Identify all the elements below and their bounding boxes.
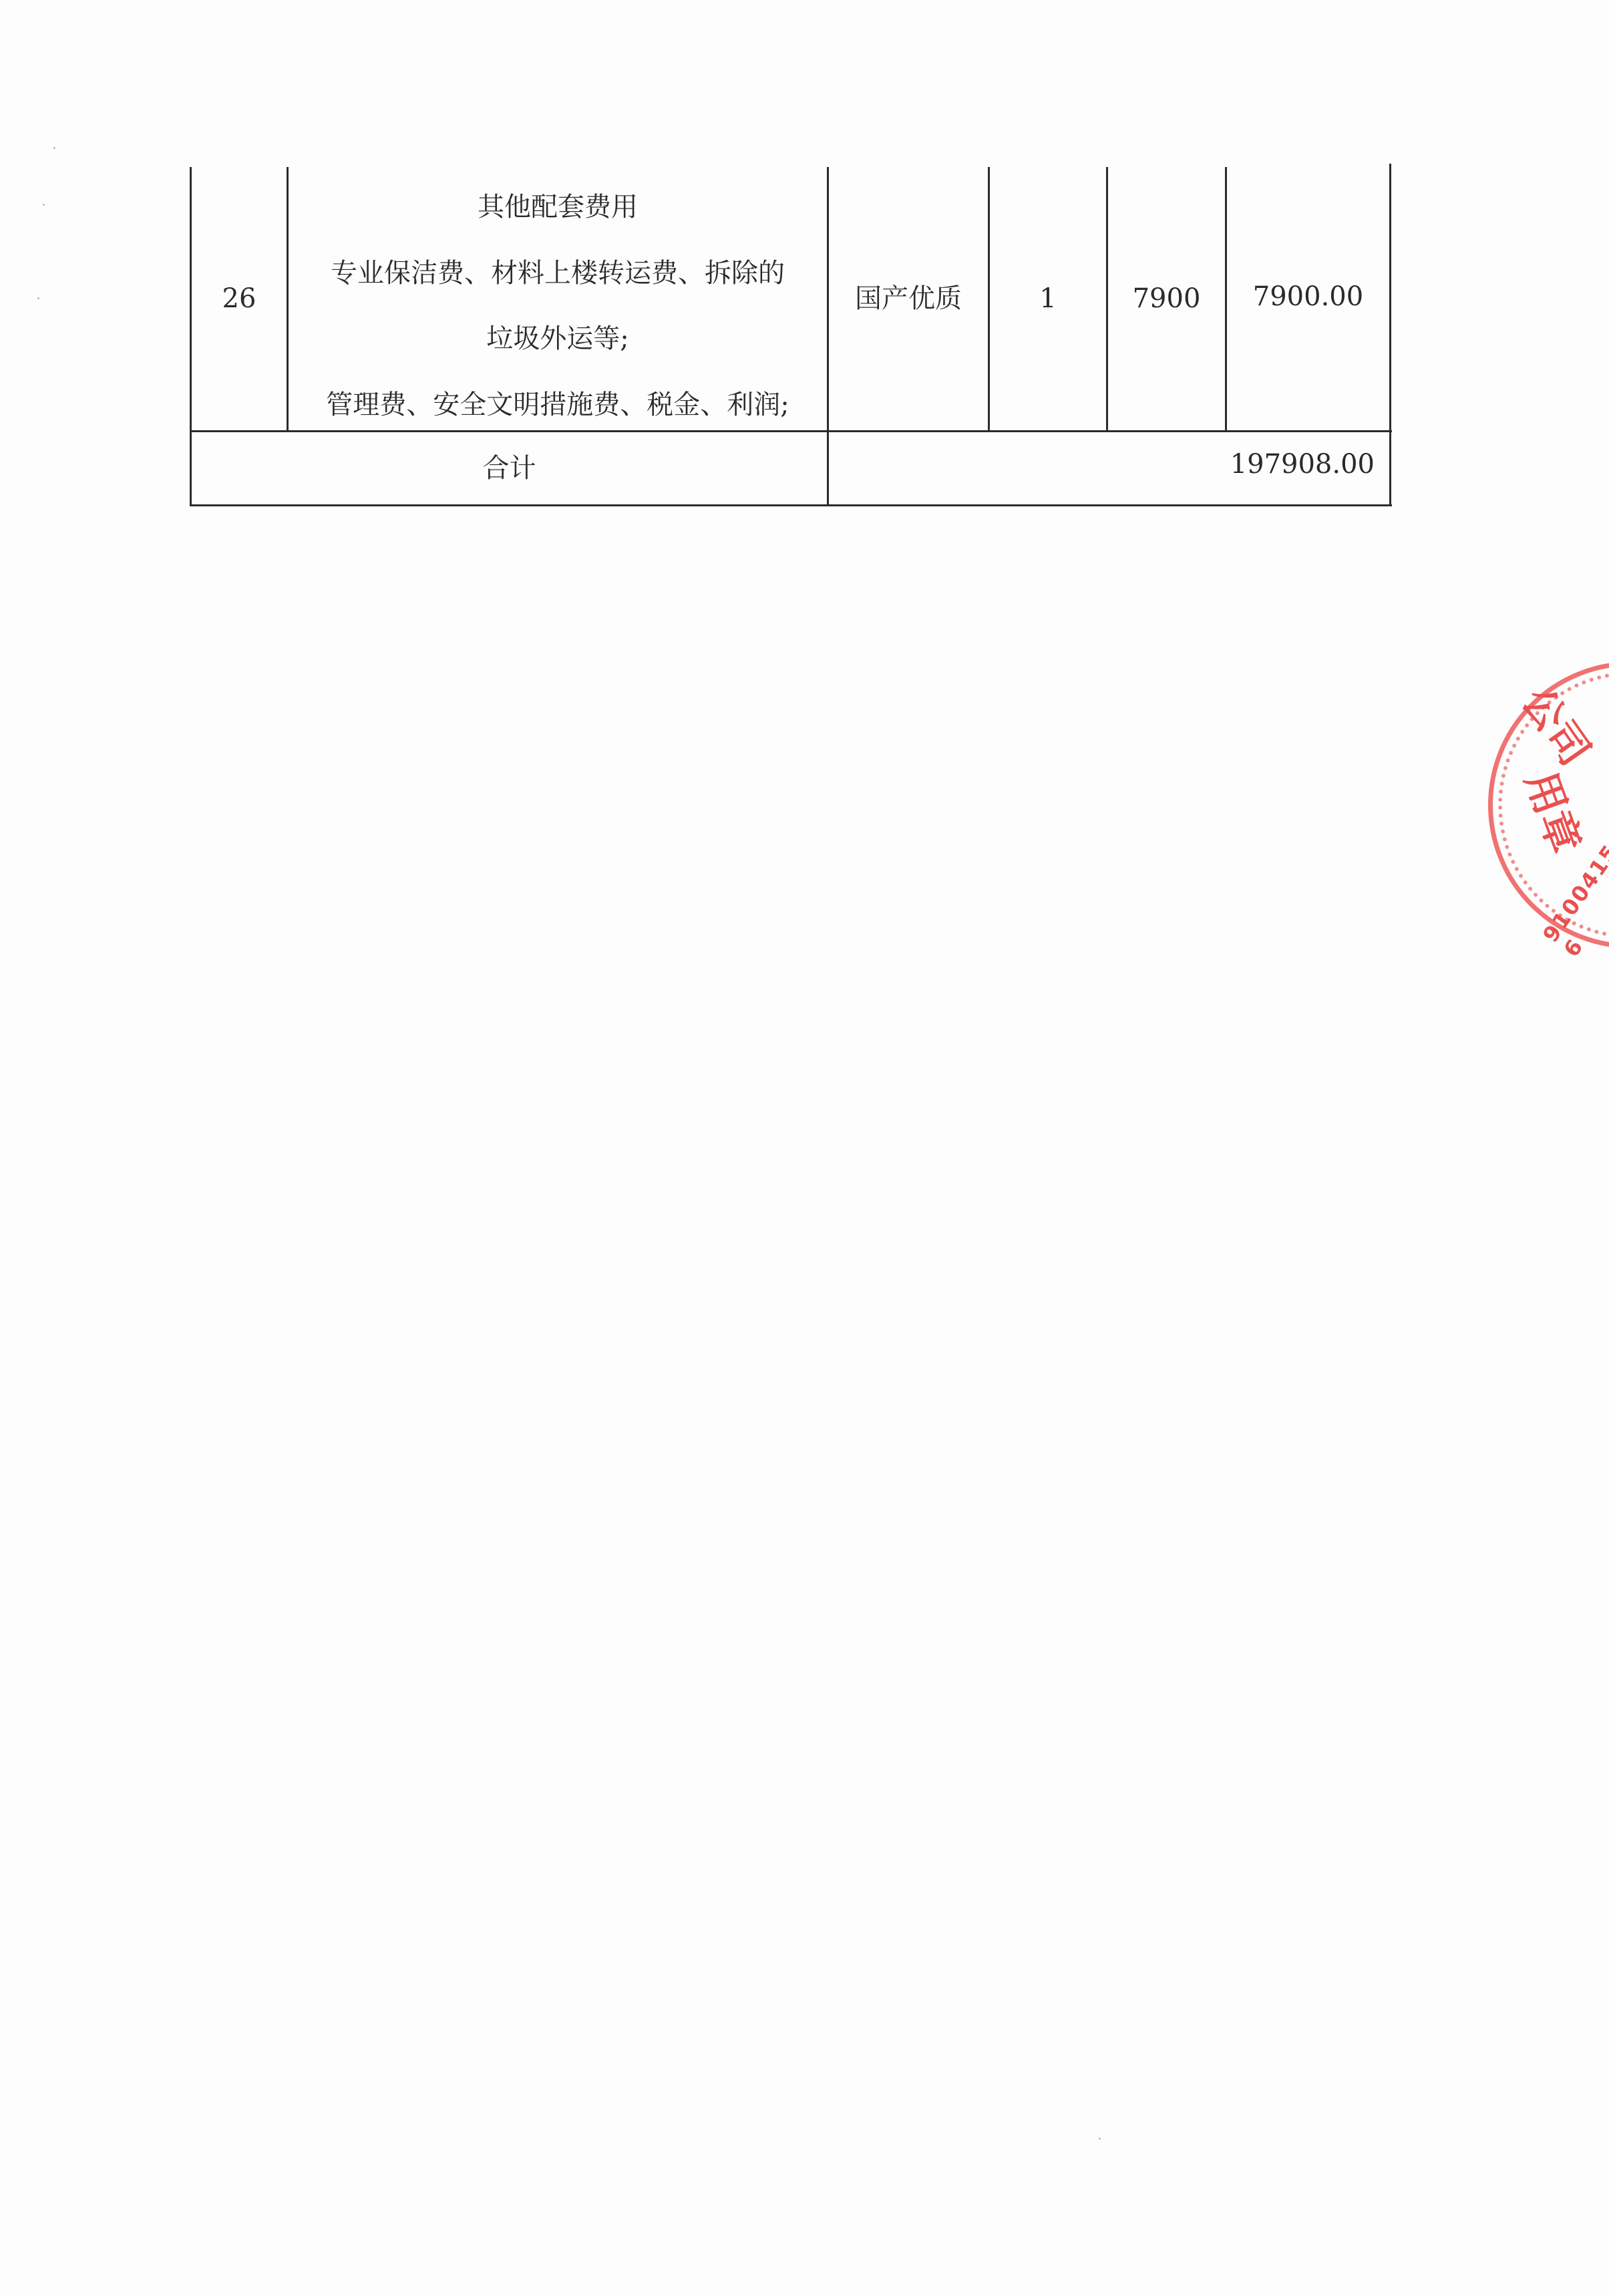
scan-speck [43,204,45,206]
description-line: 垃圾外运等; [486,325,629,352]
total-value: 197908.00 [829,428,1389,501]
description-line: 专业保洁费、材料上楼转运费、拆除的 [331,260,785,287]
row-unit-price: 7900 [1108,167,1225,430]
row-quantity: 1 [990,167,1106,430]
row-amount: 7900.00 [1227,167,1389,426]
description-line: 其他配套费用 [478,194,638,220]
row-brand: 国产优质 [829,167,988,430]
total-label: 合计 [192,432,827,504]
table-bottom-border [190,504,1392,506]
scan-speck [53,147,55,149]
row-description: 其他配套费用 专业保洁费、材料上楼转运费、拆除的 垃圾外运等; 管理费、安全文明… [289,167,827,430]
description-line: 管理费、安全文明措施费、税金、利润; [326,391,789,418]
table-right-border [1389,164,1391,506]
document-page: 26 其他配套费用 专业保洁费、材料上楼转运费、拆除的 垃圾外运等; 管理费、安… [0,0,1609,2296]
scan-speck [37,297,39,299]
scan-speck [1099,2138,1101,2140]
row-index: 26 [192,167,287,430]
